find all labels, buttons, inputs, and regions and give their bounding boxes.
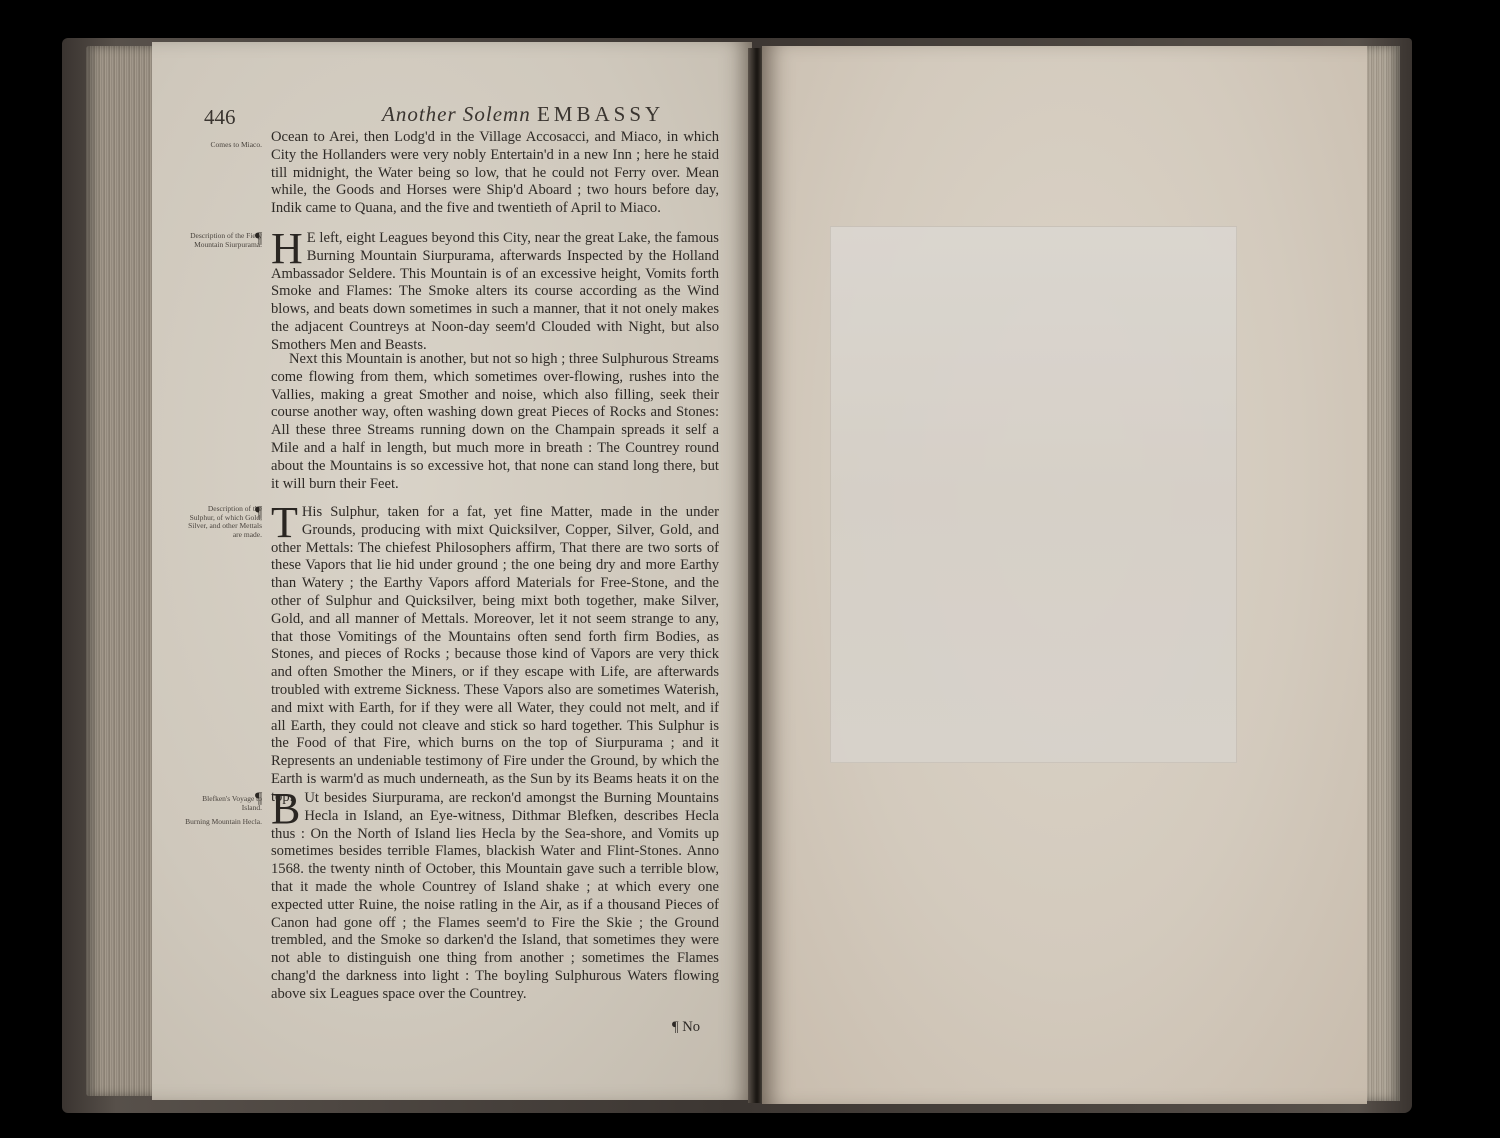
- paragraph: ¶ T His Sulphur, taken for a fat, yet fi…: [271, 504, 719, 807]
- paragraph: Ocean to Arei, then Lodg'd in the Villag…: [271, 129, 719, 218]
- paragraph-text: Ut besides Siurpurama, are reckon'd amon…: [271, 790, 719, 1002]
- drop-cap: T: [271, 505, 298, 541]
- pilcrow-icon: ¶: [255, 790, 262, 808]
- margin-note: Description of the Fiery Mountain Siurpu…: [184, 232, 262, 249]
- page-header: 446 Another Solemn EMBASSY: [152, 102, 752, 132]
- paragraph: ¶ B Ut besides Siurpurama, are reckon'd …: [271, 790, 719, 1004]
- drop-cap: H: [271, 231, 303, 267]
- paragraph: ¶ H E left, eight Leagues beyond this Ci…: [271, 230, 719, 355]
- catchword: ¶ No: [672, 1019, 700, 1036]
- right-page-edges: [1362, 46, 1400, 1101]
- page-number: 446: [204, 105, 236, 130]
- margin-note: Comes to Miaco.: [184, 141, 262, 150]
- right-page: [762, 46, 1367, 1104]
- pilcrow-icon: ¶: [255, 504, 262, 522]
- paragraph-text: E left, eight Leagues beyond this City, …: [271, 230, 719, 353]
- plate-impression: [830, 226, 1237, 763]
- margin-note: Description of the Sulphur, of which Gol…: [184, 505, 262, 539]
- margin-note: Burning Mountain Hecla.: [184, 818, 262, 827]
- paragraph-text: His Sulphur, taken for a fat, yet fine M…: [271, 504, 719, 805]
- paragraph: Next this Mountain is another, but not s…: [271, 351, 719, 493]
- running-head-caps: EMBASSY: [537, 102, 664, 126]
- left-page: 446 Another Solemn EMBASSY Comes to Miac…: [152, 42, 752, 1100]
- pilcrow-icon: ¶: [255, 230, 262, 248]
- left-page-edges: [86, 46, 156, 1096]
- paragraph-text: Next this Mountain is another, but not s…: [271, 351, 719, 493]
- running-head-italic: Another Solemn: [382, 102, 531, 126]
- margin-note: Blefken's Voyage to Island.: [184, 795, 262, 812]
- drop-cap: B: [271, 791, 300, 827]
- running-head: Another Solemn EMBASSY: [382, 102, 664, 127]
- paragraph-text: Ocean to Arei, then Lodg'd in the Villag…: [271, 129, 719, 218]
